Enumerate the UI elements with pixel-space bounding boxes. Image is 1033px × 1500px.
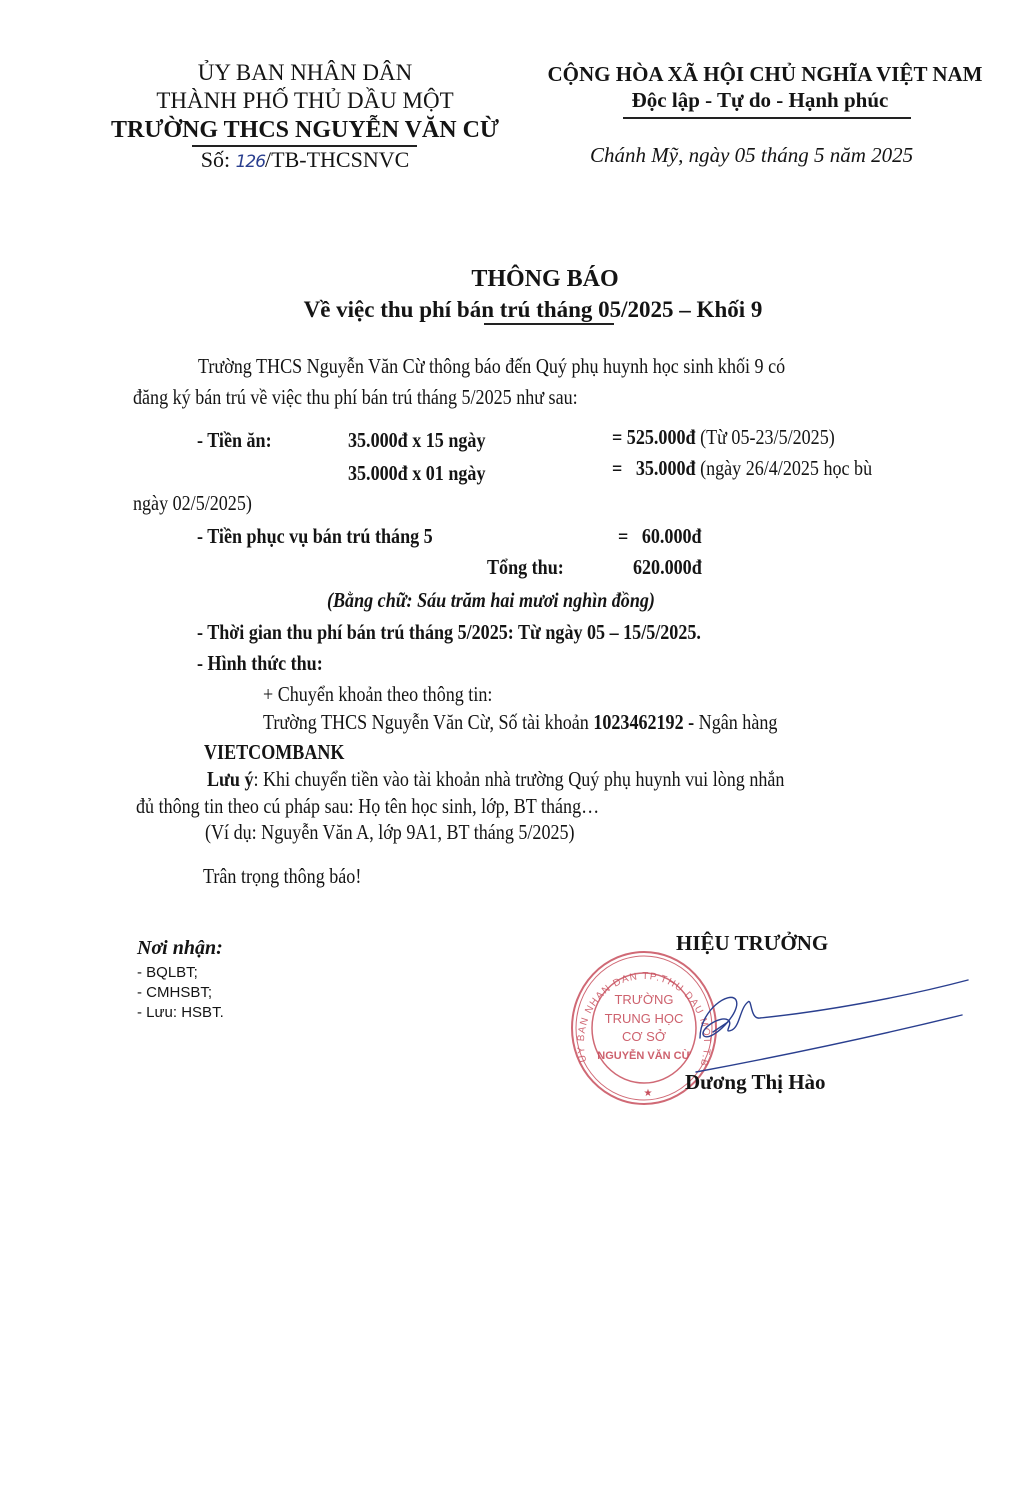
intro-line-2: đăng ký bán trú về việc thu phí bán trú … bbox=[133, 385, 650, 410]
closing-line: Trân trọng thông báo! bbox=[203, 864, 387, 889]
note-line-2: đủ thông tin theo cú pháp sau: Họ tên họ… bbox=[136, 794, 675, 819]
motto-underline bbox=[623, 117, 911, 119]
fee-service-label: - Tiền phục vụ bán trú tháng 5 bbox=[197, 524, 471, 549]
subtitle-underline bbox=[484, 323, 614, 325]
fee-food-note-cont: ngày 02/5/2025) bbox=[133, 491, 271, 516]
payment-method-label: - Hình thức thu: bbox=[197, 651, 343, 676]
document-number: Số: 126/TB-THCSNVC bbox=[95, 147, 515, 173]
doc-no-handwritten: 126 bbox=[236, 152, 265, 172]
notice-subtitle: Về việc thu phí bán trú tháng 05/2025 – … bbox=[0, 297, 1033, 323]
fee-food-amount-2: = 35.000đ (ngày 26/4/2025 học bù bbox=[612, 456, 914, 481]
transfer-line: + Chuyển khoản theo thông tin: bbox=[263, 682, 530, 707]
national-motto: Độc lập - Tự do - Hạnh phúc bbox=[520, 88, 1000, 113]
fee-food-amount-1: = 525.000đ (Từ 05-23/5/2025) bbox=[612, 425, 871, 450]
bank-name: VIETCOMBANK bbox=[204, 740, 367, 765]
note-line-1: Lưu ý: Khi chuyển tiền vào tài khoản nhà… bbox=[207, 767, 878, 792]
fee-food-label: - Tiền ăn: bbox=[197, 428, 284, 453]
recipient-item: - Lưu: HSBT. bbox=[137, 1003, 224, 1023]
doc-no-label: Số: bbox=[201, 147, 236, 172]
notice-title: THÔNG BÁO bbox=[0, 266, 1033, 293]
recipients-label: Nơi nhận: bbox=[137, 937, 223, 960]
recipients-list: - BQLBT; - CMHSBT; - Lưu: HSBT. bbox=[137, 963, 224, 1023]
account-line: Trường THCS Nguyễn Văn Cừ, Số tài khoản … bbox=[263, 710, 861, 735]
stamp-star-icon: ★ bbox=[644, 1088, 653, 1099]
recipient-item: - BQLBT; bbox=[137, 963, 224, 983]
signature-scribble bbox=[600, 960, 990, 1080]
doc-no-suffix: /TB-THCSNVC bbox=[265, 147, 409, 172]
intro-line-1: Trường THCS Nguyễn Văn Cừ thông báo đến … bbox=[198, 354, 881, 379]
school-name: TRƯỜNG THCS NGUYỄN VĂN CỪ bbox=[95, 117, 515, 144]
authority-line-2: THÀNH PHỐ THỦ DẦU MỘT bbox=[95, 88, 515, 114]
signer-title: HIỆU TRƯỞNG bbox=[676, 931, 828, 956]
nation-title: CỘNG HÒA XÃ HỘI CHỦ NGHĨA VIỆT NAM bbox=[525, 62, 1005, 87]
recipient-item: - CMHSBT; bbox=[137, 983, 224, 1003]
authority-line-1: ỦY BAN NHÂN DÂN bbox=[95, 60, 515, 86]
example-line: (Ví dụ: Nguyễn Văn A, lớp 9A1, BT tháng … bbox=[205, 820, 635, 845]
fee-food-calc-1: 35.000đ x 15 ngày bbox=[348, 428, 508, 453]
account-number: 1023462192 bbox=[593, 710, 683, 734]
fee-service-amount: = 60.000đ bbox=[618, 524, 715, 549]
total-in-words: (Bằng chữ: Sáu trăm hai mươi nghìn đồng) bbox=[327, 588, 708, 613]
total-label: Tổng thu: bbox=[487, 555, 576, 580]
collection-period: - Thời gian thu phí bán trú tháng 5/2025… bbox=[197, 620, 783, 645]
signer-name: Dương Thị Hào bbox=[685, 1070, 826, 1095]
total-amount: 620.000đ bbox=[633, 555, 713, 580]
place-date: Chánh Mỹ, ngày 05 tháng 5 năm 2025 bbox=[590, 143, 913, 168]
fee-food-calc-2: 35.000đ x 01 ngày bbox=[348, 461, 508, 486]
